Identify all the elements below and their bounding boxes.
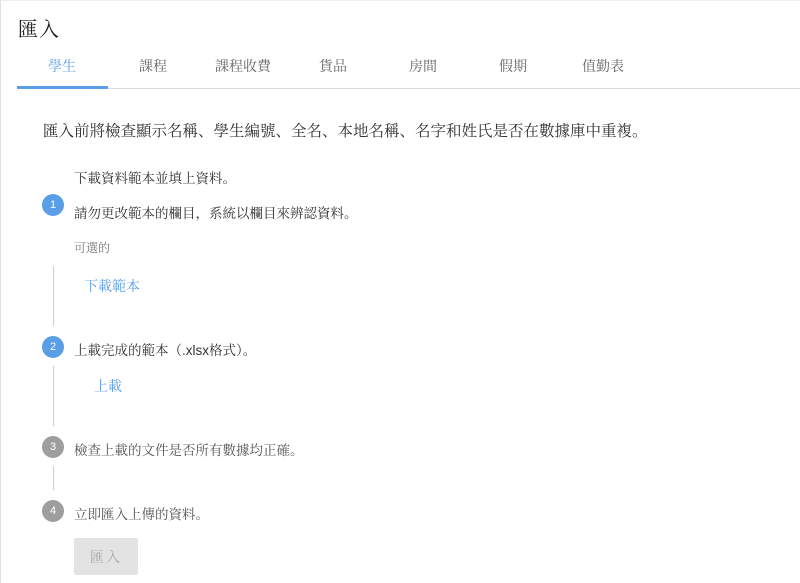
active-tab-indicator	[17, 86, 108, 89]
step-1-connector	[53, 266, 54, 326]
step-3-text: 檢查上載的文件是否所有數據均正確。	[74, 439, 304, 459]
step-4-text: 立即匯入上傳的資料。	[74, 503, 209, 523]
upload-link[interactable]: 上載	[94, 376, 122, 396]
tab-holidays[interactable]: 假期	[499, 56, 527, 76]
tab-course-fees[interactable]: 課程收費	[215, 56, 271, 76]
step-3-connector	[53, 466, 54, 490]
download-template-link[interactable]: 下載範本	[84, 276, 140, 296]
step-3-badge: 3	[42, 436, 64, 458]
tab-duty-roster[interactable]: 值勤表	[582, 56, 624, 76]
page-title: 匯入	[18, 13, 60, 42]
step-2-connector	[53, 366, 54, 426]
import-button[interactable]: 匯入	[74, 538, 138, 575]
tab-goods[interactable]: 貨品	[319, 56, 347, 76]
tab-bar: 學生 課程 課程收費 貨品 房間 假期 值勤表	[17, 51, 800, 89]
step-4-badge: 4	[42, 500, 64, 522]
step-2-badge: 2	[42, 336, 64, 358]
tab-courses[interactable]: 課程	[139, 56, 167, 76]
step-1-line1: 下載資料範本並填上資料。	[74, 167, 236, 187]
tab-rooms[interactable]: 房間	[409, 56, 437, 76]
intro-text: 匯入前將檢查顯示名稱、學生編號、全名、本地名稱、名字和姓氏是否在數據庫中重複。	[43, 119, 648, 141]
optional-label: 可選的	[74, 239, 110, 256]
tab-students[interactable]: 學生	[48, 56, 76, 76]
step-1-badge: 1	[42, 194, 64, 216]
step-2-text: 上載完成的範本（.xlsx格式）。	[74, 339, 256, 359]
step-1-line2: 請勿更改範本的欄目，系統以欄目來辨認資料。	[74, 202, 358, 222]
